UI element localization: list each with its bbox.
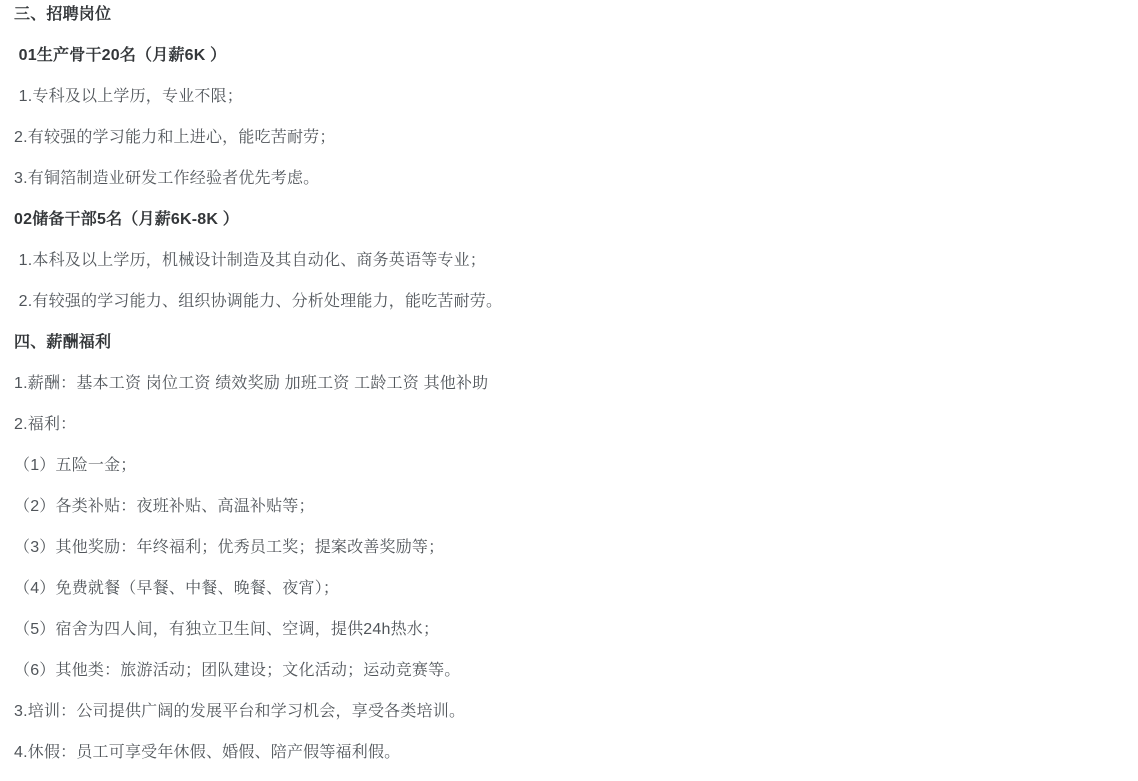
job-02-requirement-2: 2.有较强的学习能力、组织协调能力、分析处理能力，能吃苦耐劳。 (14, 289, 600, 314)
welfare-subitem-3: （3）其他奖励：年终福利；优秀员工奖；提案改善奖励等； (14, 535, 600, 560)
benefit-item-welfare: 2.福利： (14, 412, 600, 437)
welfare-subitem-5: （5）宿舍为四人间，有独立卫生间、空调，提供24h热水； (14, 617, 600, 642)
job-title-01: 01生产骨干20名（月薪6K ） (14, 43, 600, 68)
job-01-requirement-2: 2.有较强的学习能力和上进心，能吃苦耐劳； (14, 125, 600, 150)
job-02-requirement-1: 1.本科及以上学历，机械设计制造及其自动化、商务英语等专业； (14, 248, 600, 273)
welfare-subitem-6: （6）其他类：旅游活动；团队建设；文化活动；运动竞赛等。 (14, 658, 600, 683)
document-page: 三、招聘岗位 01生产骨干20名（月薪6K ） 1.专科及以上学历，专业不限； … (0, 0, 1138, 781)
section-heading-recruitment: 三、招聘岗位 (14, 2, 600, 27)
welfare-subitem-1: （1）五险一金； (14, 453, 600, 478)
job-01-requirement-3: 3.有铜箔制造业研发工作经验者优先考虑。 (14, 166, 600, 191)
benefit-item-vacation: 4.休假：员工可享受年休假、婚假、陪产假等福利假。 (14, 740, 600, 765)
article-body: 三、招聘岗位 01生产骨干20名（月薪6K ） 1.专科及以上学历，专业不限； … (0, 0, 620, 765)
welfare-subitem-2: （2）各类补贴：夜班补贴、高温补贴等； (14, 494, 600, 519)
benefit-item-training: 3.培训：公司提供广阔的发展平台和学习机会，享受各类培训。 (14, 699, 600, 724)
job-01-requirement-1: 1.专科及以上学历，专业不限； (14, 84, 600, 109)
job-title-02: 02储备干部5名（月薪6K-8K ） (14, 207, 600, 232)
welfare-subitem-4: （4）免费就餐（早餐、中餐、晚餐、夜宵）； (14, 576, 600, 601)
benefit-item-salary: 1.薪酬：基本工资 岗位工资 绩效奖励 加班工资 工龄工资 其他补助 (14, 371, 600, 396)
section-heading-benefits: 四、薪酬福利 (14, 330, 600, 355)
